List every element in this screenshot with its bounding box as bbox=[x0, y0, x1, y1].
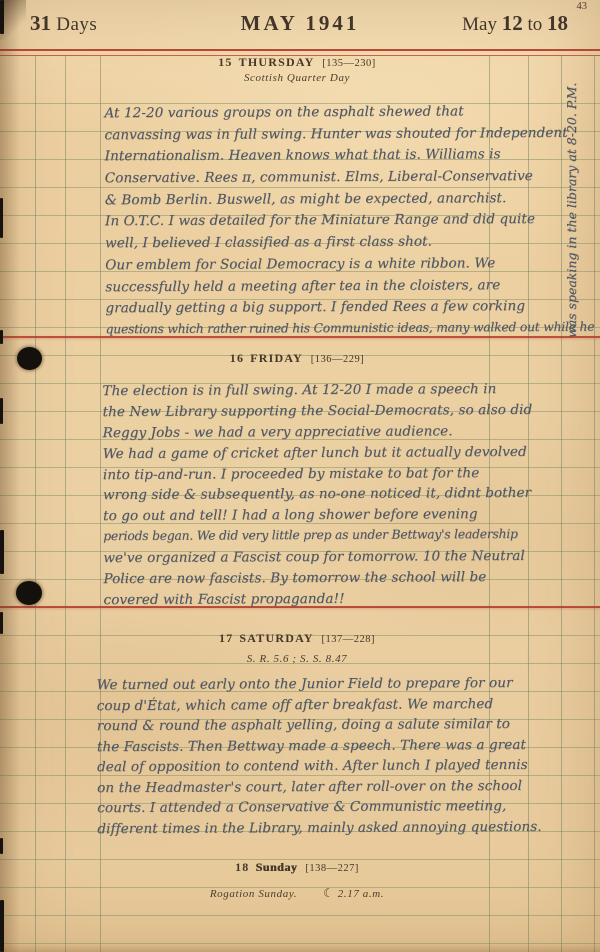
handwritten-line: We had a game of cricket after lunch but… bbox=[103, 444, 533, 467]
week-range: May 12 to 18 bbox=[462, 11, 568, 36]
header-red-rule-thick bbox=[0, 49, 600, 51]
handwritten-line: At 12-20 various groups on the asphalt s… bbox=[104, 103, 593, 127]
moon-phase-note: ☾ 2.17 a.m. bbox=[323, 886, 384, 901]
friday-day-number: 16 bbox=[230, 351, 244, 365]
saturday-day-name: SATURDAY bbox=[239, 631, 313, 645]
section-header-saturday: 17SATURDAY [137—228] bbox=[0, 631, 594, 646]
handwritten-line: questions which rather ruined his Commun… bbox=[106, 320, 595, 344]
handwritten-line: the Fascists. Then Bettway made a speech… bbox=[97, 736, 541, 759]
friday-day-name: FRIDAY bbox=[250, 351, 302, 365]
handwritten-line: & Bomb Berlin. Buswell, as might be expe… bbox=[105, 189, 594, 213]
handwritten-line: In O.T.C. I was detailed for the Miniatu… bbox=[105, 211, 594, 235]
left-margin-rule-1 bbox=[35, 56, 36, 952]
handwritten-line: gradually getting a big support. I fende… bbox=[105, 298, 594, 322]
edge-mark bbox=[0, 530, 4, 574]
sunday-day-number: 18 bbox=[235, 860, 249, 874]
handwritten-line: We turned out early onto the Junior Fiel… bbox=[97, 675, 541, 698]
saturday-day-count: [137—228] bbox=[321, 634, 375, 645]
handwritten-line: into tip-and-run. I proceeded by mistake… bbox=[103, 464, 533, 487]
margin-note: was speaking in the library at 8-20. P.M… bbox=[564, 83, 579, 338]
saturday-entry: We turned out early onto the Junior Fiel… bbox=[97, 675, 542, 841]
sunday-subtitle: Rogation Sunday. ☾ 2.17 a.m. bbox=[0, 886, 594, 901]
edge-mark bbox=[0, 198, 3, 238]
thursday-subtitle: Scottish Quarter Day bbox=[0, 72, 594, 84]
section-header-friday: 16FRIDAY [136—229] bbox=[0, 351, 594, 366]
handwritten-line: Police are now fascists. By tomorrow the… bbox=[103, 569, 533, 592]
moon-icon: ☾ bbox=[323, 886, 334, 900]
week-range-to: to bbox=[527, 14, 542, 35]
handwritten-line: the New Library supporting the Social-De… bbox=[103, 402, 533, 425]
handwritten-line: Our emblem for Social Democracy is a whi… bbox=[105, 255, 594, 279]
thursday-day-number: 15 bbox=[218, 55, 232, 69]
edge-mark bbox=[0, 398, 3, 424]
handwritten-line: canvassing was in full swing. Hunter was… bbox=[104, 124, 593, 148]
left-margin-rule-2 bbox=[65, 56, 66, 952]
saturday-subtitle: S. R. 5.6 ; S. S. 8.47 bbox=[0, 653, 594, 665]
handwritten-line: Conservative. Rees π, communist. Elms, L… bbox=[105, 168, 594, 192]
week-range-month: May bbox=[462, 14, 497, 35]
handwritten-line: Reggy Jobs - we had a very appreciative … bbox=[103, 423, 533, 446]
edge-mark bbox=[0, 838, 3, 854]
handwritten-line: well, I believed I classified as a first… bbox=[105, 233, 594, 257]
handwritten-line: Internationalism. Heaven knows what that… bbox=[105, 146, 594, 170]
binding-shadow bbox=[0, 0, 20, 952]
handwritten-line: deal of opposition to contend with. Afte… bbox=[97, 757, 541, 780]
week-range-end: 18 bbox=[547, 11, 568, 35]
handwritten-line: on the Headmaster's court, later after r… bbox=[97, 777, 541, 800]
handwritten-line: courts. I attended a Conservative & Comm… bbox=[97, 798, 541, 821]
thursday-entry: At 12-20 various groups on the asphalt s… bbox=[104, 103, 594, 344]
section-header-sunday: 18Sunday [138—227] bbox=[0, 860, 594, 875]
edge-mark bbox=[0, 330, 3, 344]
handwritten-line: to go out and tell! I had a long shower … bbox=[103, 506, 533, 529]
week-range-start: 12 bbox=[502, 11, 523, 35]
sunday-feast-name: Rogation Sunday. bbox=[210, 888, 297, 900]
moon-time: 2.17 a.m. bbox=[338, 888, 384, 900]
handwritten-line: coup d'État, which came off after breakf… bbox=[97, 695, 541, 718]
hole-punch bbox=[16, 581, 42, 605]
friday-entry: The election is in full swing. At 12-20 … bbox=[102, 381, 533, 613]
thursday-day-name: THURSDAY bbox=[239, 55, 314, 69]
thursday-day-count: [135—230] bbox=[322, 58, 376, 69]
right-margin-rule-4 bbox=[594, 56, 595, 952]
handwritten-line: periods began. We did very little prep a… bbox=[103, 527, 533, 550]
handwritten-line: The election is in full swing. At 12-20 … bbox=[102, 381, 532, 404]
friday-day-count: [136—229] bbox=[311, 354, 365, 365]
handwritten-line: round & round the asphalt yelling, doing… bbox=[97, 716, 541, 739]
handwritten-line: different times in the Library, mainly a… bbox=[97, 818, 541, 841]
edge-mark bbox=[0, 900, 4, 952]
diary-page: 43 31 Days MAY 1941 May 12 to 18 15THURS… bbox=[0, 0, 600, 952]
handwritten-line: covered with Fascist propaganda!! bbox=[103, 590, 533, 613]
sunday-day-count: [138—227] bbox=[305, 863, 359, 874]
section-header-thursday: 15THURSDAY [135—230] bbox=[0, 55, 594, 70]
handwritten-line: wrong side & subsequently, as no-one not… bbox=[103, 485, 533, 508]
handwritten-line: successfully held a meeting after tea in… bbox=[105, 276, 594, 300]
saturday-day-number: 17 bbox=[219, 631, 233, 645]
handwritten-line: we've organized a Fascist coup for tomor… bbox=[103, 548, 533, 571]
sunday-day-name: Sunday bbox=[256, 860, 298, 874]
bottom-edge-shade bbox=[0, 944, 600, 952]
